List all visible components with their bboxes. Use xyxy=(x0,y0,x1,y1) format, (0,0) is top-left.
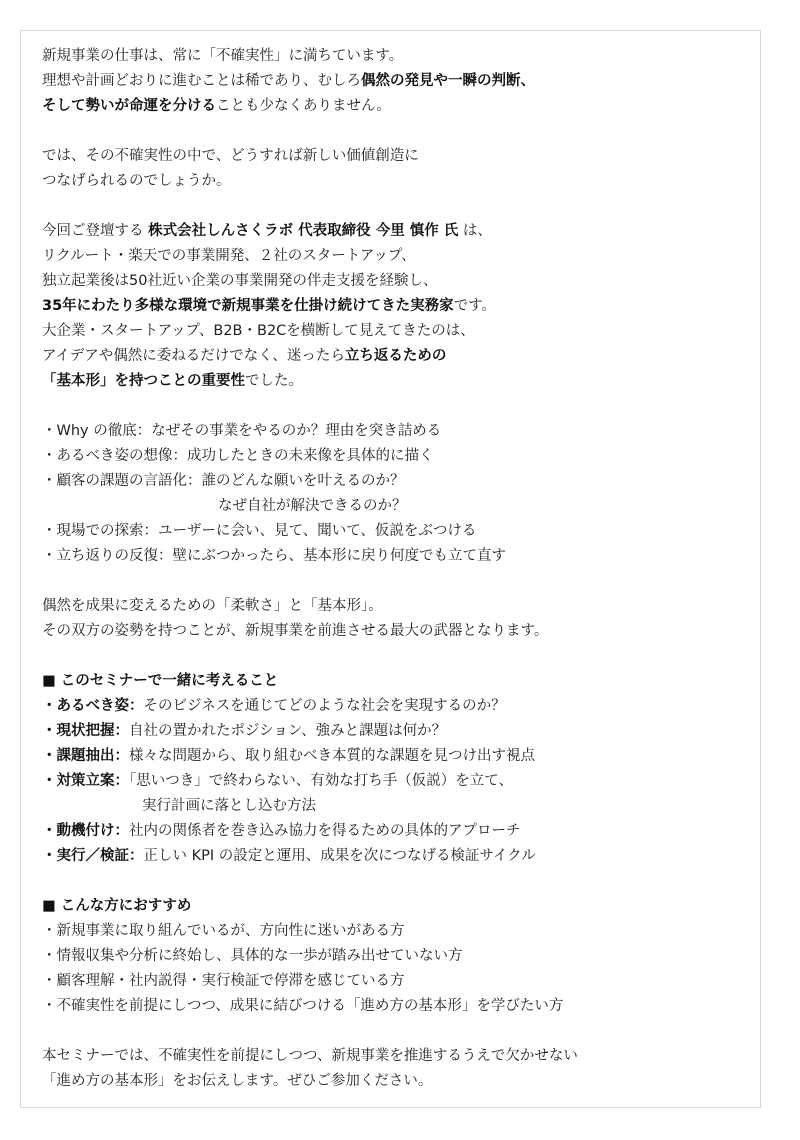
speaker-name: 株式会社しんさくラボ 代表取締役 今里 慎作 氏 xyxy=(148,223,458,239)
topic-text: 自社の置かれたポジション、強みと課題は何か？ xyxy=(129,723,446,739)
section-heading: ■ こんな方におすすめ xyxy=(42,898,191,914)
text: 今回ご登壇する xyxy=(42,223,148,239)
text: でした。 xyxy=(245,373,303,389)
section-heading: ■ このセミナーで一緒に考えること xyxy=(42,673,278,689)
audience-item: ・情報収集や分析に終始し、具体的な一歩が踏み出せていない方 xyxy=(42,944,750,969)
spacer xyxy=(42,644,750,669)
spacer xyxy=(42,569,750,594)
spacer xyxy=(42,1019,750,1044)
text: ・顧客の課題の言語化：誰のどんな願いを叶えるのか？ xyxy=(42,473,405,489)
topic-label: ・あるべき姿： xyxy=(42,698,144,714)
topic-text: 実行計画に落とし込む方法 xyxy=(142,798,316,814)
text: なぜ自社が解決できるのか？ xyxy=(218,498,407,514)
topic-item: ・課題抽出：様々な問題から、取り組むべき本質的な課題を見つけ出す視点 xyxy=(42,744,750,769)
text: その双方の姿勢を持つことが、新規事業を前進させる最大の武器となります。 xyxy=(42,623,548,639)
emphasis-text: 35年にわたり多様な環境で新規事業を仕掛け続けてきた実務家 xyxy=(42,298,454,314)
intro-line: 新規事業の仕事は、常に「不確実性」に満ちています。 xyxy=(42,44,750,69)
text: は、 xyxy=(458,223,492,239)
principle-item: ・立ち返りの反復：壁にぶつかったら、基本形に戻り何度でも立て直す xyxy=(42,544,750,569)
topic-item: ・実行／検証：正しい KPI の設定と運用、成果を次につなげる検証サイクル xyxy=(42,844,750,869)
topic-item: ・動機付け：社内の関係者を巻き込み協力を得るための具体的アプローチ xyxy=(42,819,750,844)
speaker-line: 「基本形」を持つことの重要性でした。 xyxy=(42,369,750,394)
closing-line: 「進め方の基本形」をお伝えします。ぜひご参加ください。 xyxy=(42,1069,750,1094)
speaker-line: 独立起業後は50社近い企業の事業開発の伴走支援を経験し、 xyxy=(42,269,750,294)
intro-line: つなげられるのでしょうか。 xyxy=(42,169,750,194)
spacer xyxy=(42,869,750,894)
text: ・顧客理解・社内説得・実行検証で停滞を感じている方 xyxy=(42,973,405,989)
topic-label: ・対策立案： xyxy=(42,773,129,789)
speaker-line: 35年にわたり多様な環境で新規事業を仕掛け続けてきた実務家です。 xyxy=(42,294,750,319)
intro-line: 理想や計画どおりに進むことは稀であり、むしろ偶然の発見や一瞬の判断、 xyxy=(42,69,750,94)
intro-line: では、その不確実性の中で、どうすれば新しい価値創造に xyxy=(42,144,750,169)
emphasis-text: そして勢いが命運を分ける xyxy=(42,98,216,114)
topic-item-continuation: 実行計画に落とし込む方法 xyxy=(42,794,750,819)
principle-item: ・顧客の課題の言語化：誰のどんな願いを叶えるのか？ xyxy=(42,469,750,494)
text: 大企業・スタートアップ、B2B・B2Cを横断して見えてきたのは、 xyxy=(42,323,475,339)
text: ・Why の徹底：なぜその事業をやるのか？理由を突き詰める xyxy=(42,423,441,439)
topic-text: 社内の関係者を巻き込み協力を得るための具体的アプローチ xyxy=(129,823,521,839)
topic-label: ・現状把握： xyxy=(42,723,129,739)
spacer xyxy=(42,194,750,219)
topic-label: ・動機付け： xyxy=(42,823,129,839)
text: ・情報収集や分析に終始し、具体的な一歩が踏み出せていない方 xyxy=(42,948,463,964)
audience-item: ・顧客理解・社内説得・実行検証で停滞を感じている方 xyxy=(42,969,750,994)
summary-line: その双方の姿勢を持つことが、新規事業を前進させる最大の武器となります。 xyxy=(42,619,750,644)
text: では、その不確実性の中で、どうすれば新しい価値創造に xyxy=(42,148,419,164)
summary-line: 偶然を成果に変えるための「柔軟さ」と「基本形」。 xyxy=(42,594,750,619)
emphasis-text: 立ち返るための xyxy=(345,348,447,364)
audience-item: ・新規事業に取り組んでいるが、方向性に迷いがある方 xyxy=(42,919,750,944)
topic-text: 様々な問題から、取り組むべき本質的な課題を見つけ出す視点 xyxy=(129,748,535,764)
text: リクルート・楽天での事業開発、２社のスタートアップ、 xyxy=(42,248,416,264)
topic-item: ・現状把握：自社の置かれたポジション、強みと課題は何か？ xyxy=(42,719,750,744)
emphasis-text: 偶然の発見や一瞬の判断、 xyxy=(361,73,535,89)
topic-text: 「思いつき」で終わらない、有効な打ち手（仮説）を立て、 xyxy=(129,773,513,789)
text: アイデアや偶然に委ねるだけでなく、迷ったら xyxy=(42,348,345,364)
speaker-line: アイデアや偶然に委ねるだけでなく、迷ったら立ち返るための xyxy=(42,344,750,369)
principle-item: ・Why の徹底：なぜその事業をやるのか？理由を突き詰める xyxy=(42,419,750,444)
spacer xyxy=(42,119,750,144)
text: ・新規事業に取り組んでいるが、方向性に迷いがある方 xyxy=(42,923,405,939)
topics-heading: ■ このセミナーで一緒に考えること xyxy=(42,669,750,694)
text: ・不確実性を前提にしつつ、成果に結びつける「進め方の基本形」を学びたい方 xyxy=(42,998,563,1014)
text: 偶然を成果に変えるための「柔軟さ」と「基本形」。 xyxy=(42,598,383,614)
speaker-line: 今回ご登壇する 株式会社しんさくラボ 代表取締役 今里 慎作 氏 は、 xyxy=(42,219,750,244)
text: 「進め方の基本形」をお伝えします。ぜひご参加ください。 xyxy=(42,1073,432,1089)
closing-line: 本セミナーでは、不確実性を前提にしつつ、新規事業を推進するうえで欠かせない xyxy=(42,1044,750,1069)
text: ・あるべき姿の想像：成功したときの未来像を具体的に描く xyxy=(42,448,434,464)
text: 理想や計画どおりに進むことは稀であり、むしろ xyxy=(42,73,361,89)
intro-line: そして勢いが命運を分けることも少なくありません。 xyxy=(42,94,750,119)
topic-item: ・あるべき姿：そのビジネスを通じてどのような社会を実現するのか？ xyxy=(42,694,750,719)
speaker-line: リクルート・楽天での事業開発、２社のスタートアップ、 xyxy=(42,244,750,269)
audience-item: ・不確実性を前提にしつつ、成果に結びつける「進め方の基本形」を学びたい方 xyxy=(42,994,750,1019)
audience-heading: ■ こんな方におすすめ xyxy=(42,894,750,919)
principle-item-continuation: なぜ自社が解決できるのか？ xyxy=(42,494,750,519)
text: 独立起業後は50社近い企業の事業開発の伴走支援を経験し、 xyxy=(42,273,437,289)
seminar-description-panel: 新規事業の仕事は、常に「不確実性」に満ちています。 理想や計画どおりに進むことは… xyxy=(20,30,761,1108)
speaker-line: 大企業・スタートアップ、B2B・B2Cを横断して見えてきたのは、 xyxy=(42,319,750,344)
seminar-description-text: 新規事業の仕事は、常に「不確実性」に満ちています。 理想や計画どおりに進むことは… xyxy=(42,44,750,1094)
topic-label: ・課題抽出： xyxy=(42,748,129,764)
spacer xyxy=(42,394,750,419)
text: です。 xyxy=(454,298,496,314)
principle-item: ・あるべき姿の想像：成功したときの未来像を具体的に描く xyxy=(42,444,750,469)
text: ・現場での探索：ユーザーに会い、見て、聞いて、仮説をぶつける xyxy=(42,523,476,539)
topic-label: ・実行／検証： xyxy=(42,848,144,864)
topic-text: 正しい KPI の設定と運用、成果を次につなげる検証サイクル xyxy=(144,848,536,864)
text: 本セミナーでは、不確実性を前提にしつつ、新規事業を推進するうえで欠かせない xyxy=(42,1048,578,1064)
text: つなげられるのでしょうか。 xyxy=(42,173,231,189)
text: ことも少なくありません。 xyxy=(216,98,391,114)
topic-item: ・対策立案：「思いつき」で終わらない、有効な打ち手（仮説）を立て、 xyxy=(42,769,750,794)
principle-item: ・現場での探索：ユーザーに会い、見て、聞いて、仮説をぶつける xyxy=(42,519,750,544)
text: ・立ち返りの反復：壁にぶつかったら、基本形に戻り何度でも立て直す xyxy=(42,548,506,564)
emphasis-text: 「基本形」を持つことの重要性 xyxy=(42,373,245,389)
topic-text: そのビジネスを通じてどのような社会を実現するのか？ xyxy=(144,698,506,714)
text: 新規事業の仕事は、常に「不確実性」に満ちています。 xyxy=(42,48,403,64)
